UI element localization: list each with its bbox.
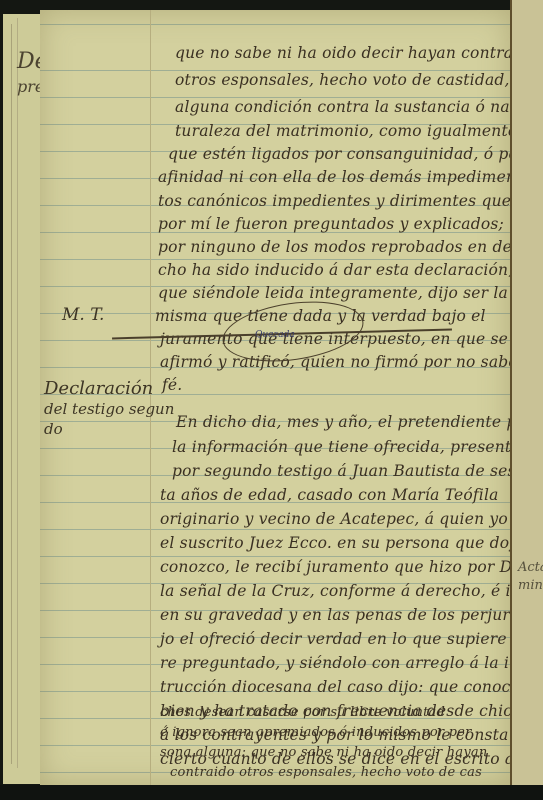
text-line: que no sabe ni ha oido decir hayan contr… [175,44,538,62]
text-line: la información que tiene ofrecida, prese… [172,438,521,456]
text-line: por ninguno de los modos reprobados en d… [158,238,529,256]
page-edge-line [11,24,12,764]
text-line: á los contrayentes y por lo mismo le con… [160,726,532,744]
text-line: alguna condición contra la sustancia ó n… [175,98,510,116]
text-line: originario y vecino de Acatepec, á quien… [160,510,508,528]
text-line: turaleza del matrimonio, como igualmente [175,122,517,140]
text-line: En dicho dia, mes y año, el pretendiente… [176,413,543,431]
next-page-edge: Acta mini [510,0,543,800]
text-line: otros esponsales, hecho voto de castidad… [175,71,543,89]
text-line: trucción diocesana del caso dijo: que co… [160,678,520,696]
right-page-fragment: Acta [518,560,543,575]
text-line: tos canónicos impedientes y dirimentes q… [158,192,511,210]
text-line: re preguntado, y siéndolo con arreglo á … [160,654,527,672]
scan-background [0,785,543,800]
text-line: por mí le fueron preguntados y explicado… [158,215,539,233]
margin-heading: del testigo segun [44,400,174,418]
signature-stamp: Quezada [255,330,295,340]
text-line: afinidad ni con ella de los demás impedi… [158,168,516,186]
margin-initials: M. T. [62,305,104,325]
text-line: que estén ligados por consanguinidad, ó … [168,145,526,163]
text-line: en su gravedad y en las penas de los per… [160,606,543,624]
text-line: ta años de edad, casado con María Teófil… [160,486,499,504]
text-line: cierto cuanto de ellos se dice en el esc… [160,750,540,768]
text-line: fé. [162,376,182,394]
text-line: por segundo testigo á Juan Bautista de s… [172,462,535,480]
text-line: bien y ha tratado con frecuencia desde c… [160,702,530,720]
text-line: conozco, le recibí juramento que hizo po… [160,558,543,576]
text-line: afirmó y ratificó, quien no firmó por no… [160,353,543,371]
margin-heading: Declaración [44,378,153,399]
right-page-fragment: mini [518,578,543,593]
page-edge-line [17,18,18,768]
text-line: jo el ofreció decir verdad en lo que sup… [160,630,543,648]
text-line: que siéndole leida integramente, dijo se… [158,284,508,302]
text-line: cho ha sido inducido á dar esta declarac… [158,261,533,279]
text-line: la señal de la Cruz, conforme á derecho,… [160,582,543,600]
text-line: el suscrito Juez Ecco. en su persona que… [160,534,539,552]
margin-heading: do [44,420,63,438]
